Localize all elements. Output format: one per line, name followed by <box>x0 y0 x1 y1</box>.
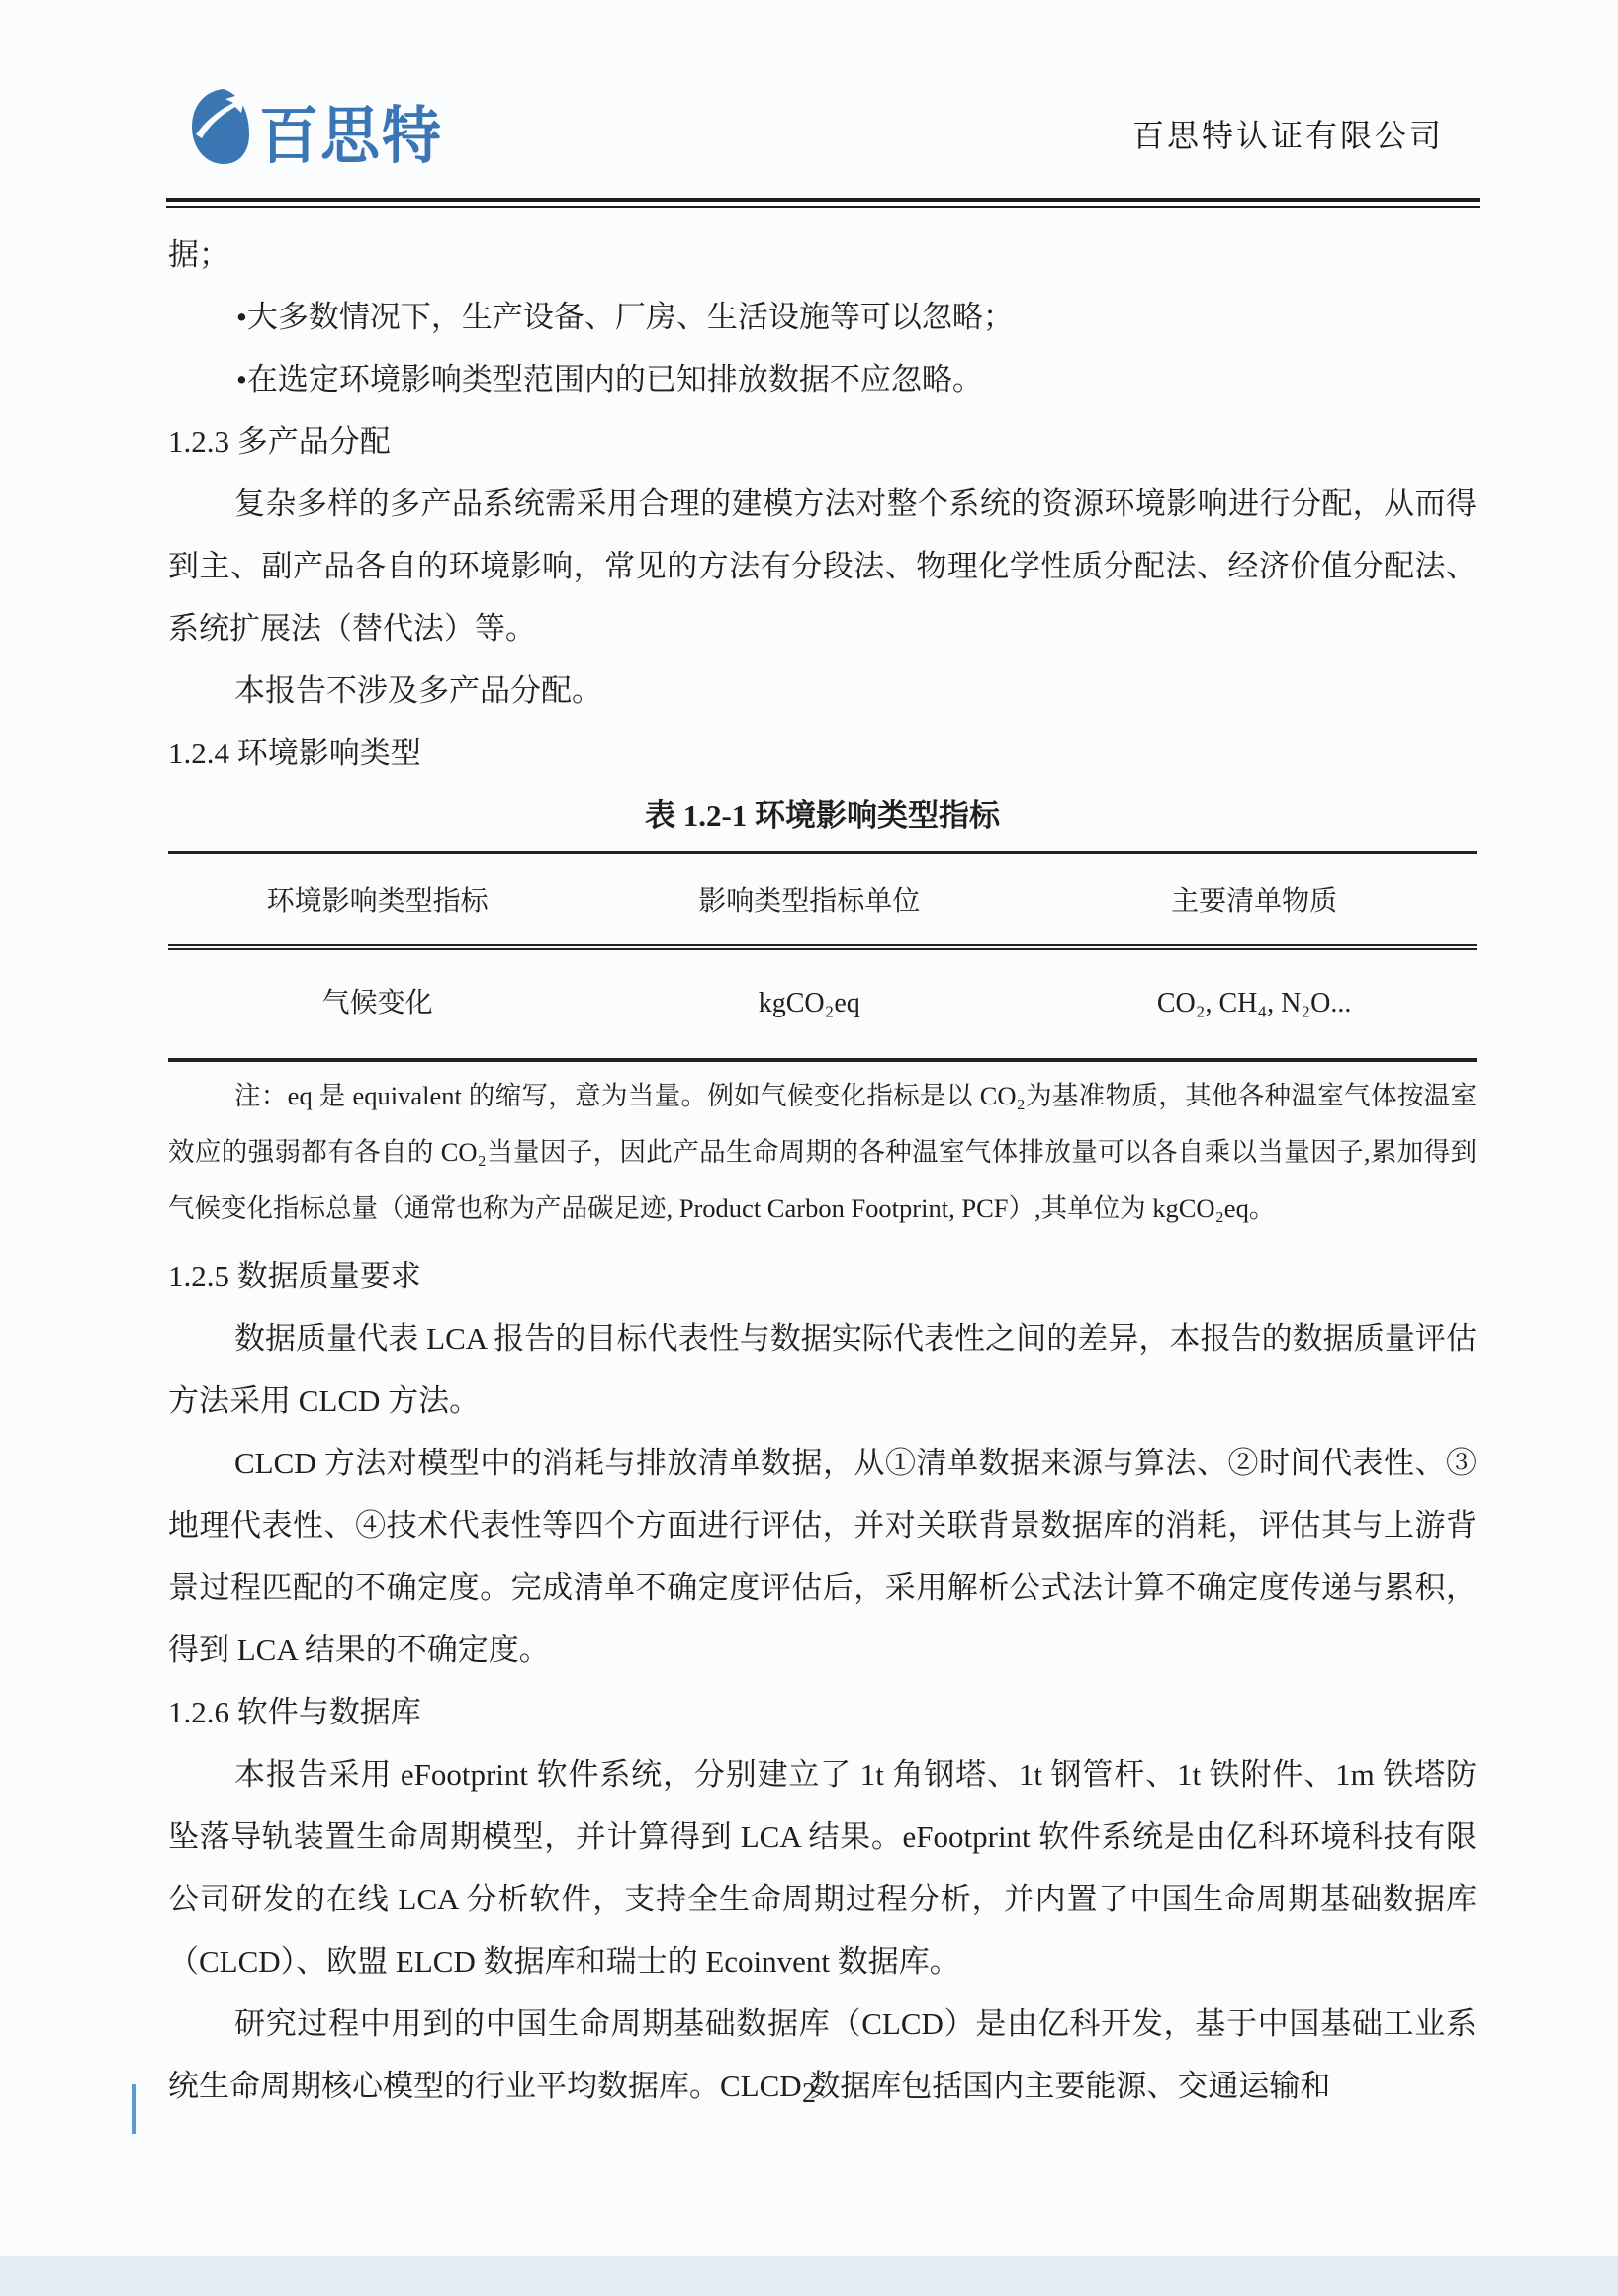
column-header: 主要清单物质 <box>1032 853 1477 948</box>
spacer <box>168 1237 1477 1245</box>
page-number: 2 <box>0 2078 1618 2110</box>
section-heading-124: 1.2.4 环境影响类型 <box>168 722 1477 784</box>
document-page: 百思特 百思特认证有限公司 据； •大多数情况下，生产设备、厂房、生活设施等可以… <box>0 0 1618 2296</box>
company-name: 百思特认证有限公司 <box>1132 111 1444 156</box>
table-cell: CO₂, CH₄, N₂O... <box>1032 947 1477 1060</box>
section-heading-126: 1.2.6 软件与数据库 <box>168 1681 1477 1743</box>
logo-wordmark: 百思特 <box>259 106 443 168</box>
table-body: 气候变化 kgCO₂eq CO₂, CH₄, N₂O... <box>168 947 1477 1060</box>
bullet-item: •在选定环境影响类型范围内的已知排放数据不应忽略。 <box>168 348 1477 410</box>
continued-line: 据； <box>168 223 1477 286</box>
table-caption: 表 1.2-1 环境影响类型指标 <box>168 784 1477 846</box>
table-header: 环境影响类型指标 影响类型指标单位 主要清单物质 <box>168 853 1477 948</box>
bullet-item: •大多数情况下，生产设备、厂房、生活设施等可以忽略； <box>168 286 1477 348</box>
table-cell: kgCO₂eq <box>586 947 1032 1060</box>
document-body: 据； •大多数情况下，生产设备、厂房、生活设施等可以忽略； •在选定环境影响类型… <box>168 223 1477 2117</box>
scan-edge-strip <box>0 2256 1618 2296</box>
paragraph: 本报告采用 eFootprint 软件系统，分别建立了 1t 角钢塔、1t 钢管… <box>168 1743 1477 1992</box>
section-heading-123: 1.2.3 多产品分配 <box>168 410 1477 473</box>
paragraph: CLCD 方法对模型中的消耗与排放清单数据，从①清单数据来源与算法、②时间代表性… <box>168 1432 1477 1681</box>
paragraph: 数据质量代表 LCA 报告的目标代表性与数据实际代表性之间的差异，本报告的数据质… <box>168 1307 1477 1432</box>
paragraph: 复杂多样的多产品系统需采用合理的建模方法对整个系统的资源环境影响进行分配，从而得… <box>168 473 1477 660</box>
table-cell: 气候变化 <box>168 947 586 1060</box>
company-logo: 百思特 <box>190 87 443 166</box>
table-note: 注：eq 是 equivalent 的缩写，意为当量。例如气候变化指标是以 CO… <box>168 1062 1477 1237</box>
table-row: 气候变化 kgCO₂eq CO₂, CH₄, N₂O... <box>168 947 1477 1060</box>
table-header-row: 环境影响类型指标 影响类型指标单位 主要清单物质 <box>168 853 1477 948</box>
column-header: 环境影响类型指标 <box>168 853 586 948</box>
section-heading-125: 1.2.5 数据质量要求 <box>168 1245 1477 1307</box>
paragraph: 本报告不涉及多产品分配。 <box>168 660 1477 722</box>
leaf-arrow-icon <box>190 87 251 166</box>
impact-category-table: 环境影响类型指标 影响类型指标单位 主要清单物质 气候变化 kgCO₂eq CO… <box>168 851 1477 1062</box>
column-header: 影响类型指标单位 <box>586 853 1032 948</box>
header-double-rule <box>166 198 1480 208</box>
